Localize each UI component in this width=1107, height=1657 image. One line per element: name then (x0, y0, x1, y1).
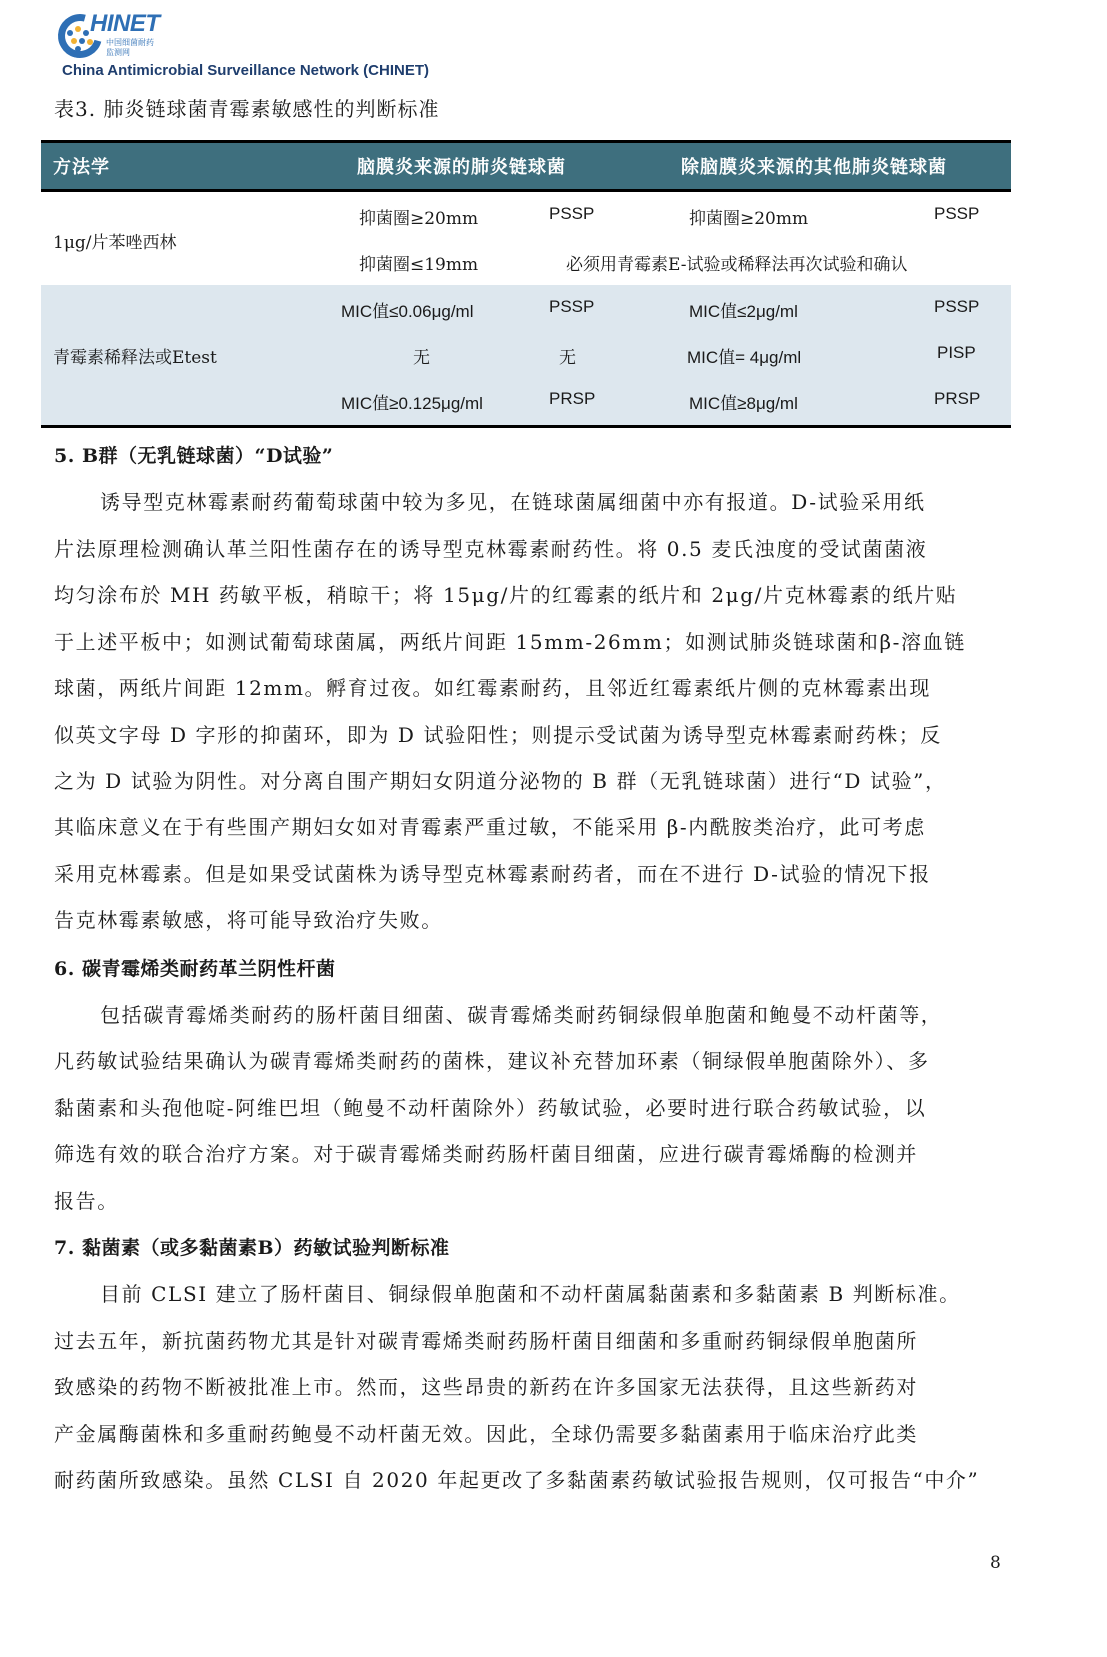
table-cell: MIC值≥0.125μg/ml (341, 389, 483, 414)
table-cell: PISP (937, 343, 976, 363)
table-title: 表3. 肺炎链球菌青霉素敏感性的判断标准 (54, 93, 439, 122)
table-cell: PSSP (934, 204, 979, 224)
paragraph-line: 黏菌素和头孢他啶-阿维巴坦（鲍曼不动杆菌除外）药敏试验，必要时进行联合药敏试验，… (54, 1092, 1004, 1121)
paragraph-line: 片法原理检测确认革兰阳性菌存在的诱导型克林霉素耐药性。将 0.5 麦氏浊度的受试… (54, 533, 1004, 562)
method-cell: 1μg/片苯唑西林 (53, 228, 176, 253)
paragraph-line: 包括碳青霉烯类耐药的肠杆菌目细菌、碳青霉烯类耐药铜绿假单胞菌和鲍曼不动杆菌等， (100, 999, 1004, 1028)
paragraph-line: 均匀涂布於 MH 药敏平板，稍晾干；将 15μg/片的红霉素的纸片和 2μg/片… (54, 579, 1004, 608)
paragraph-line: 产金属酶菌株和多重耐药鲍曼不动杆菌无效。因此，全球仍需要多黏菌素用于临床治疗此类 (54, 1418, 1004, 1447)
col-header-meningitis: 脑膜炎来源的肺炎链球菌 (357, 153, 566, 179)
table-cell: PRSP (549, 389, 595, 409)
criteria-table: 方法学 脑膜炎来源的肺炎链球菌 除脑膜炎来源的其他肺炎链球菌 1μg/片苯唑西林… (41, 140, 1011, 428)
paragraph-line: 过去五年，新抗菌药物尤其是针对碳青霉烯类耐药肠杆菌目细菌和多重耐药铜绿假单胞菌所 (54, 1325, 1004, 1354)
paragraph-line: 采用克林霉素。但是如果受试菌株为诱导型克林霉素耐药者，而在不进行 D-试验的情况… (54, 858, 1004, 887)
chinet-logo: HINET 中国细菌耐药 监测网 (54, 8, 174, 60)
table-group-oxacillin: 1μg/片苯唑西林 抑菌圈≥20mm PSSP 抑菌圈≥20mm PSSP 抑菌… (41, 192, 1011, 285)
table-cell: PSSP (549, 297, 594, 317)
paragraph-line: 似英文字母 D 字形的抑菌环，即为 D 试验阳性；则提示受试菌为诱导型克林霉素耐… (54, 719, 1004, 748)
paragraph-line: 目前 CLSI 建立了肠杆菌目、铜绿假单胞菌和不动杆菌属黏菌素和多黏菌素 B 判… (100, 1278, 1004, 1307)
section-heading-5: 5. B群（无乳链球菌）“D试验” (54, 441, 333, 468)
table-cell: 无 (559, 343, 576, 368)
paragraph-line: 其临床意义在于有些围产期妇女如对青霉素严重过敏，不能采用 β-内酰胺类治疗，此可… (54, 811, 1004, 840)
col-header-non-meningitis: 除脑膜炎来源的其他肺炎链球菌 (681, 153, 947, 179)
table-header: 方法学 脑膜炎来源的肺炎链球菌 除脑膜炎来源的其他肺炎链球菌 (41, 140, 1011, 192)
table-cell: PSSP (549, 204, 594, 224)
table-cell: 抑菌圈≤19mm (359, 250, 478, 275)
section-heading-6: 6. 碳青霉烯类耐药革兰阴性杆菌 (54, 954, 335, 981)
paragraph-line: 耐药菌所致感染。虽然 CLSI 自 2020 年起更改了多黏菌素药敏试验报告规则… (54, 1464, 1004, 1493)
page-number: 8 (990, 1553, 1001, 1573)
paragraph-line: 致感染的药物不断被批准上市。然而，这些昂贵的新药在许多国家无法获得，且这些新药对 (54, 1371, 1004, 1400)
table-note: 必须用青霉素E-试验或稀释法再次试验和确认 (566, 250, 907, 275)
logo-cn-text: 中国细菌耐药 监测网 (106, 38, 154, 58)
table-cell: 抑菌圈≥20mm (359, 204, 478, 229)
paragraph-line: 筛选有效的联合治疗方案。对于碳青霉烯类耐药肠杆菌目细菌，应进行碳青霉烯酶的检测并 (54, 1138, 1004, 1167)
paragraph-line: 球菌，两纸片间距 12mm。孵育过夜。如红霉素耐药，且邻近红霉素纸片侧的克林霉素… (54, 672, 1004, 701)
paragraph-line: 报告。 (54, 1185, 1004, 1214)
paragraph-line: 之为 D 试验为阴性。对分离自围产期妇女阴道分泌物的 B 群（无乳链球菌）进行“… (54, 765, 1004, 794)
paragraph-line: 诱导型克林霉素耐药葡萄球菌中较为多见，在链球菌属细菌中亦有报道。D-试验采用纸 (100, 486, 1004, 515)
paragraph-line: 于上述平板中；如测试葡萄球菌属，两纸片间距 15mm-26mm；如测试肺炎链球菌… (54, 626, 1004, 655)
section-heading-7: 7. 黏菌素（或多黏菌素B）药敏试验判断标准 (54, 1233, 450, 1260)
table-group-dilution: 青霉素稀释法或Etest MIC值≤0.06μg/ml PSSP MIC值≤2μ… (41, 285, 1011, 428)
table-cell: MIC值= 4μg/ml (687, 343, 801, 368)
col-header-method: 方法学 (53, 153, 110, 179)
table-cell: PRSP (934, 389, 980, 409)
method-cell: 青霉素稀释法或Etest (53, 343, 217, 368)
table-cell: 无 (413, 343, 430, 368)
table-cell: MIC值≥8μg/ml (689, 389, 798, 414)
paragraph-line: 告克林霉素敏感，将可能导致治疗失败。 (54, 904, 1004, 933)
table-cell: MIC值≤0.06μg/ml (341, 297, 474, 322)
org-name: China Antimicrobial Surveillance Network… (62, 62, 429, 79)
table-cell: PSSP (934, 297, 979, 317)
paragraph-line: 凡药敏试验结果确认为碳青霉烯类耐药的菌株，建议补充替加环素（铜绿假单胞菌除外）、… (54, 1045, 1004, 1074)
table-cell: MIC值≤2μg/ml (689, 297, 798, 322)
table-cell: 抑菌圈≥20mm (689, 204, 808, 229)
logo-wordmark: HINET (90, 10, 160, 38)
